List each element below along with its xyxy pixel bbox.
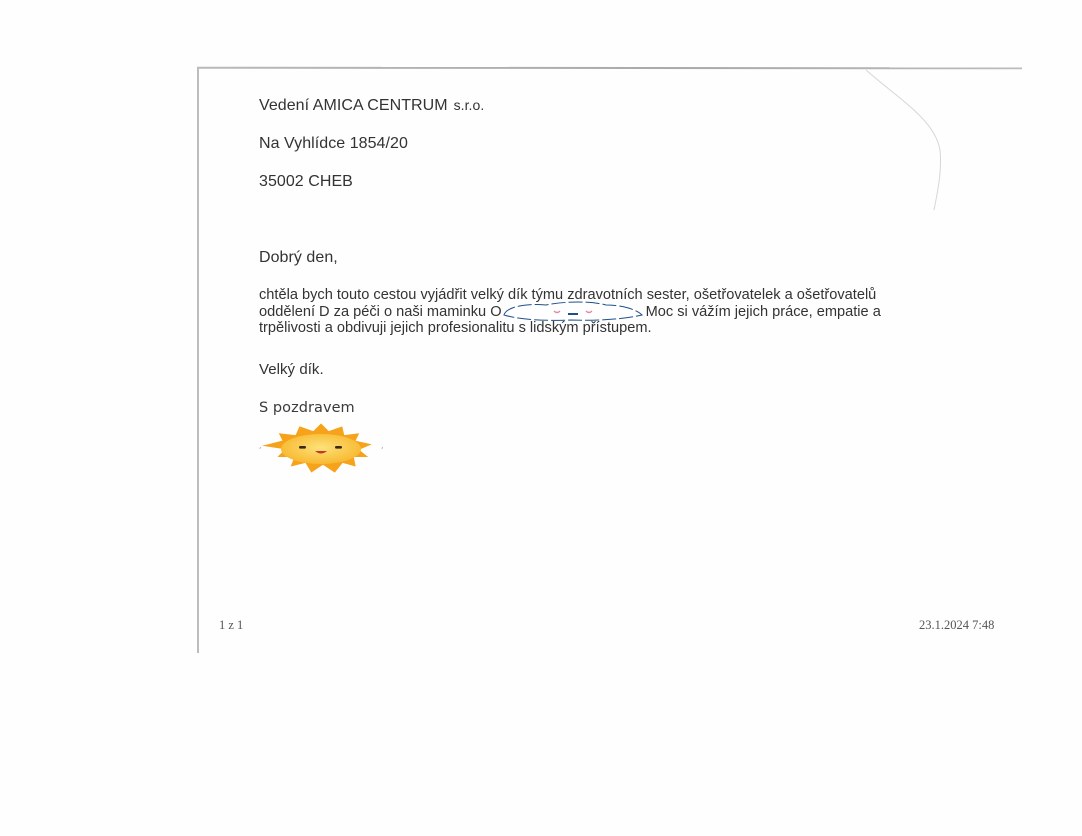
greeting: Dobrý den, xyxy=(259,249,338,267)
paper-fold-mark xyxy=(0,0,1082,836)
page-counter: 1 z 1 xyxy=(219,618,243,633)
closing-line: S pozdravem xyxy=(259,400,355,416)
recipient-company-name: Vedení AMICA CENTRUM xyxy=(259,97,448,114)
svg-text:,: , xyxy=(381,441,384,450)
sun-sticker-icon: , , xyxy=(253,420,389,481)
page-left-border xyxy=(197,68,199,653)
print-timestamp: 23.1.2024 7:48 xyxy=(919,618,994,633)
cloud-redaction-icon xyxy=(502,303,642,319)
recipient-company-suffix: s.r.o. xyxy=(454,97,485,113)
recipient-street: Na Vyhlídce 1854/20 xyxy=(259,135,408,153)
body-line-2-end: Moc si vážím jejich práce, empatie a xyxy=(646,304,881,320)
svg-text:,: , xyxy=(259,441,262,450)
letter-body: chtěla bych touto cestou vyjádřit velký … xyxy=(259,287,979,336)
scanned-letter-page: Vedení AMICA CENTRUMs.r.o. Na Vyhlídce 1… xyxy=(0,0,1082,836)
body-line-2: oddělení D za péči o naši maminku O Moc … xyxy=(259,303,979,320)
body-line-2-start: oddělení D za péči o naši maminku O xyxy=(259,304,502,320)
recipient-city: 35002 CHEB xyxy=(259,173,353,191)
page-top-border xyxy=(197,67,1022,70)
thanks-line: Velký dík. xyxy=(259,361,324,378)
recipient-company: Vedení AMICA CENTRUMs.r.o. xyxy=(259,97,484,115)
